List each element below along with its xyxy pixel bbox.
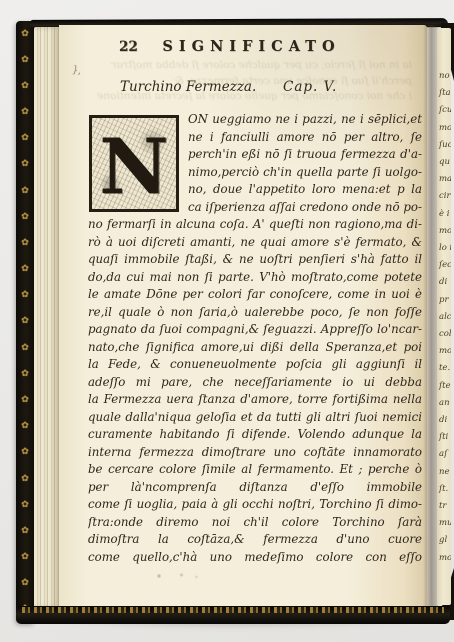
facing-page-text-fragment: è i <box>437 206 451 223</box>
text-line: no, doue l'appetito loro mena:et p la po… <box>188 181 422 199</box>
text-line: la Fede, & conueneuolmente poſcia gli ag… <box>88 356 422 374</box>
facing-page-text-fragment: ſta <box>437 85 451 102</box>
gilt-ornament-icon: ✿ <box>21 422 29 431</box>
gilt-ornament-icon: ✿ <box>21 265 29 274</box>
gilt-ornament-icon: ✿ <box>21 30 29 39</box>
text-line: nimo,perciò ch'in quella parte ſi uolgo- <box>188 164 422 182</box>
drop-cap-letter: N <box>92 122 176 212</box>
page-number: 22 <box>119 39 138 55</box>
text-line: no fermarſi in alcuna coſa. A' queſti no… <box>88 216 422 234</box>
text-line: interna fermezza dimoſtrare uno coſtāte … <box>88 444 422 462</box>
facing-page-text-fragment: gl <box>437 532 451 549</box>
gilt-ornament-icon: ✿ <box>21 56 29 65</box>
text-line: come ſi uoglia, paia à gli occhi noſtri,… <box>88 496 422 514</box>
text-line: quaſi immobile ſtaßi, & ne uoſtri penſie… <box>88 251 422 269</box>
gilt-ornament-icon: ✿ <box>21 160 29 169</box>
gilt-ornament-icon: ✿ <box>21 370 29 379</box>
facing-page-text-fragment: ſt. <box>437 481 451 498</box>
book-page: 22 SIGNIFICATO }, ia in noi ſi ſercio, c… <box>59 25 427 608</box>
facing-page-sliver: noſtaſcumoſuoqumacirè imolo tſecdipralcc… <box>437 28 451 605</box>
text-line: re,il quale ò non ſaria,ò ualerebbe poco… <box>88 304 422 322</box>
gilt-ornament-icon: ✿ <box>21 344 29 353</box>
gilt-ornament-icon: ✿ <box>21 82 29 91</box>
gilt-ornament-icon: ✿ <box>21 396 29 405</box>
facing-page-text-fragment: ſte <box>437 378 451 395</box>
gilt-tooling-row <box>22 607 444 613</box>
gilt-ornament-icon: ✿ <box>21 239 29 248</box>
gilt-ornament-icon: ✿ <box>21 213 29 222</box>
text-line: ſtra:onde diremo noi ch'il colore Torchi… <box>88 514 422 532</box>
facing-page-text-fragment: alc <box>437 309 451 326</box>
text-line: le amate Dōne per colori far conoſcere, … <box>88 286 422 304</box>
facing-page-text-fragment: pr <box>437 292 451 309</box>
gutter-shadow <box>423 25 438 608</box>
running-title: SIGNIFICATO <box>144 38 359 55</box>
cover-bottom-edge <box>16 606 450 624</box>
chapter-number: Cap. V. <box>283 79 337 95</box>
facing-page-text-fragment: di <box>437 274 451 291</box>
body-text: N ON ueggiamo ne i pazzi, ne i sēplici,e… <box>88 111 422 566</box>
text-line: per là'ncomprenſa diſtanza d'eſſo immobi… <box>88 479 422 497</box>
facing-page-text-fragment: ſcu <box>437 102 451 119</box>
gilt-ornament-icon: ✿ <box>21 475 29 484</box>
text-line: la Fermezza uera ſtanza d'amore, torre f… <box>88 391 422 409</box>
text-line: pagnato da ſuoi compagni,& ſeguazzi. App… <box>88 321 422 339</box>
text-line: come quello,c'hà uno medeſimo colore con… <box>88 549 422 567</box>
text-line: ca iſperienza aſſai credono onde nō po- <box>188 199 422 217</box>
gilt-ornament-icon: ✿ <box>21 134 29 143</box>
text-line: nato,che ſignifica amore,ui dißi della S… <box>88 339 422 357</box>
facing-page-text-fragment: cir <box>437 188 451 205</box>
gilt-ornament-icon: ✿ <box>21 527 29 536</box>
text-line: curamente habitando ſi difende. Volendo … <box>88 426 422 444</box>
facing-page-text-fragment: mo <box>437 343 451 360</box>
drop-cap-woodcut: N <box>89 115 179 212</box>
facing-page-text-fragment: mo <box>437 223 451 240</box>
facing-page-text-fragment: no <box>437 68 451 85</box>
text-line: do,da cui mai non ſi parte. V'hò moſtrat… <box>88 269 422 287</box>
gilt-ornament-icon: ✿ <box>21 108 29 117</box>
facing-page-text-fragment: ſti <box>437 429 451 446</box>
gilt-ornament-icon: ✿ <box>21 317 29 326</box>
facing-page-text-fragment: lo t <box>437 240 451 257</box>
facing-page-text-fragment: mo <box>437 550 451 567</box>
facing-page-text-fragment: an <box>437 395 451 412</box>
gilt-ornament-icon: ✿ <box>21 579 29 588</box>
text-line: ne i fanciulli amore nō per altro, ſe no… <box>188 129 422 147</box>
ink-smudge <box>154 571 204 581</box>
facing-page-text-fragment: aſ <box>437 446 451 463</box>
binding-spine-edge: ✿✿✿✿✿✿✿✿✿✿✿✿✿✿✿✿✿✿✿✿✿✿✿ <box>16 21 34 623</box>
text-line: adeſſo mi pare, che neceſſariamente io u… <box>88 374 422 392</box>
facing-page-text-fragment: col <box>437 326 451 343</box>
gilt-ornament-icon: ✿ <box>21 187 29 196</box>
facing-page-text-fragment: ne <box>437 464 451 481</box>
text-line: perch'in eßi nō ſi truoua fermezza d'a- <box>188 146 422 164</box>
facing-page-text-fragment: te. <box>437 360 451 377</box>
gilt-ornament-icon: ✿ <box>21 291 29 300</box>
facing-page-text-fragment: mu <box>437 515 451 532</box>
chapter-heading: Turchino Fermezza. <box>120 79 256 95</box>
gilt-ornament-icon: ✿ <box>21 553 29 562</box>
facing-page-text-fragment: ma <box>437 171 451 188</box>
text-line: dimoſtra la coſtāza,& fermezza d'uno cuo… <box>88 531 422 549</box>
facing-page-text-fragment: ſuo <box>437 137 451 154</box>
text-line: be cercare colore ſimile al fermamento. … <box>88 461 422 479</box>
text-line: ON ueggiamo ne i pazzi, ne i sēplici,et <box>188 111 422 129</box>
ink-margin-mark: }, <box>71 64 83 77</box>
bleedthrough-line: ia in noi ſi ſercio, cu per qualche colo… <box>77 58 412 74</box>
facing-page-text-fragment: ſec <box>437 257 451 274</box>
text-line: rò à uoi diſcreti amanti, ne quai amore … <box>88 234 422 252</box>
facing-page-text-fragment: mo <box>437 120 451 137</box>
page-stack-fore-edge <box>34 27 59 608</box>
gilt-ornament-icon: ✿ <box>21 501 29 510</box>
facing-page-text-fragment: di <box>437 412 451 429</box>
photo-of-open-book: ✿✿✿✿✿✿✿✿✿✿✿✿✿✿✿✿✿✿✿✿✿✿✿ 22 SIGNIFICATO }… <box>0 0 454 642</box>
facing-page-text-fragment: tr <box>437 498 451 515</box>
facing-page-text-fragment: qu <box>437 154 451 171</box>
gilt-ornament-icon: ✿ <box>21 448 29 457</box>
text-line: quale dalla'niqua geloſia et da tutti gl… <box>88 409 422 427</box>
